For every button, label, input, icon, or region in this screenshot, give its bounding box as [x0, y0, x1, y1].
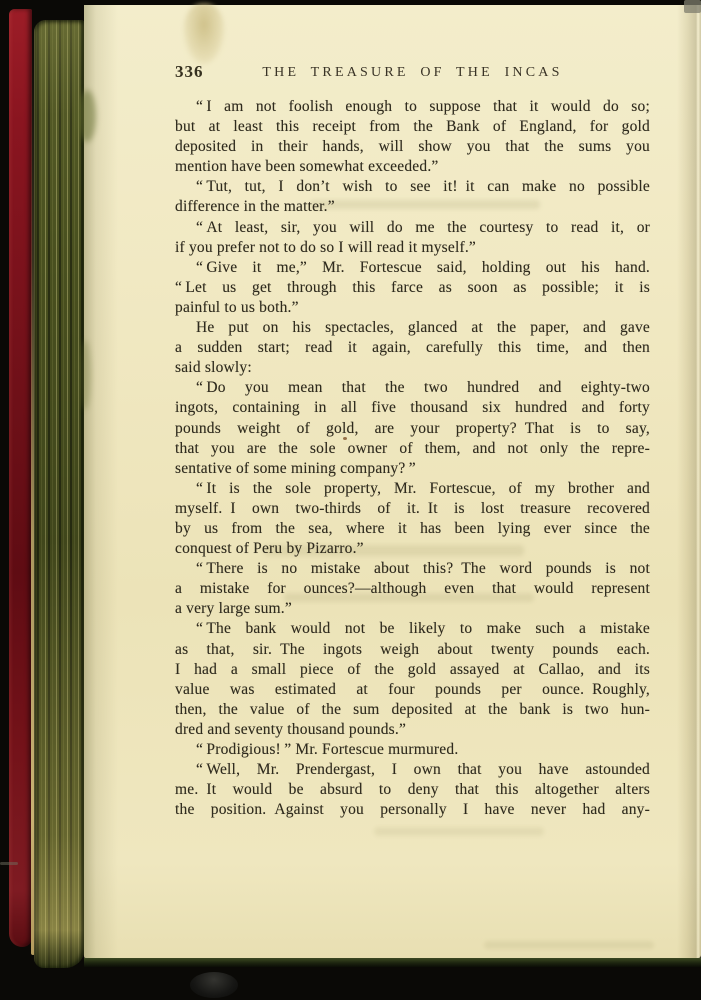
text-line: sentative of some mining company? ” — [175, 459, 650, 479]
text-line: dred and seventy thousand pounds.” — [175, 720, 650, 740]
text-line: a mistake for ounces?—although even that… — [175, 579, 650, 599]
text-line: by us from the sea, where it has been ly… — [175, 519, 650, 539]
show-through-text — [374, 827, 544, 836]
text-line: “ Well, Mr. Prendergast, I own that you … — [175, 760, 650, 780]
text-line: “ Let us get through this farce as soon … — [175, 278, 650, 298]
gutter-shadow — [84, 5, 118, 958]
corner-artifact — [684, 0, 701, 13]
book-page: 336 THE TREASURE OF THE INCAS “ I am not… — [84, 5, 701, 958]
text-line: “ It is the sole property, Mr. Fortescue… — [175, 479, 650, 499]
text-line: “ Do you mean that the two hundred and e… — [175, 378, 650, 398]
paper-stain — [183, 3, 225, 65]
text-line: “ Tut, tut, I don’t wish to see it! it c… — [175, 177, 650, 197]
page-edges-stack — [34, 20, 85, 968]
page-bottom-edge — [84, 958, 701, 967]
text-line: conquest of Peru by Pizarro.” — [175, 539, 650, 559]
text-line: value was estimated at four pounds per o… — [175, 680, 650, 700]
text-line: a very large sum.” — [175, 599, 650, 619]
text-line: deposited in their hands, will show you … — [175, 137, 650, 157]
background-object — [190, 972, 238, 998]
text-line: but at least this receipt from the Bank … — [175, 117, 650, 137]
text-line: myself. I own two-thirds of it. It is lo… — [175, 499, 650, 519]
show-through-text — [484, 941, 654, 949]
text-line: mention have been somewhat exceeded.” — [175, 157, 650, 177]
text-line: a sudden start; read it again, carefully… — [175, 338, 650, 358]
text-line: if you prefer not to do so I will read i… — [175, 238, 650, 258]
page-right-edge-shadow — [677, 5, 701, 958]
text-line: ingots, containing in all five thousand … — [175, 398, 650, 418]
text-line: that you are the sole owner of them, and… — [175, 439, 650, 459]
text-line: me. It would be absurd to deny that this… — [175, 780, 650, 800]
text-line: “ There is no mistake about this? The wo… — [175, 559, 650, 579]
green-smudge — [78, 90, 96, 142]
text-line: “ Prodigious! ” Mr. Fortescue murmured. — [175, 740, 650, 760]
text-line: “ I am not foolish enough to suppose tha… — [175, 97, 650, 117]
text-line: then, the value of the sum deposited at … — [175, 700, 650, 720]
text-line: painful to us both.” — [175, 298, 650, 318]
text-line: I had a small piece of the gold assayed … — [175, 660, 650, 680]
text-line: difference in the matter.” — [175, 197, 650, 217]
text-line: “ Give it me,” Mr. Fortescue said, holdi… — [175, 258, 650, 278]
body-text: “ I am not foolish enough to suppose tha… — [175, 97, 650, 820]
text-line: “ At least, sir, you will do me the cour… — [175, 218, 650, 238]
text-line: “ The bank would not be likely to make s… — [175, 619, 650, 639]
book-photo: 336 THE TREASURE OF THE INCAS “ I am not… — [0, 0, 701, 1000]
text-line: the position. Against you personally I h… — [175, 800, 650, 820]
background-scratch — [0, 862, 18, 865]
book-cover-edge — [9, 9, 32, 947]
page-number: 336 — [175, 62, 204, 82]
green-smudge — [79, 340, 91, 410]
text-line: as that, sir. The ingots weigh about twe… — [175, 640, 650, 660]
text-line: He put on his spectacles, glanced at the… — [175, 318, 650, 338]
page-header: 336 THE TREASURE OF THE INCAS — [175, 62, 650, 84]
text-line: said slowly: — [175, 358, 650, 378]
text-line: pounds weight of gold, are your property… — [175, 419, 650, 439]
running-header: THE TREASURE OF THE INCAS — [262, 65, 562, 81]
